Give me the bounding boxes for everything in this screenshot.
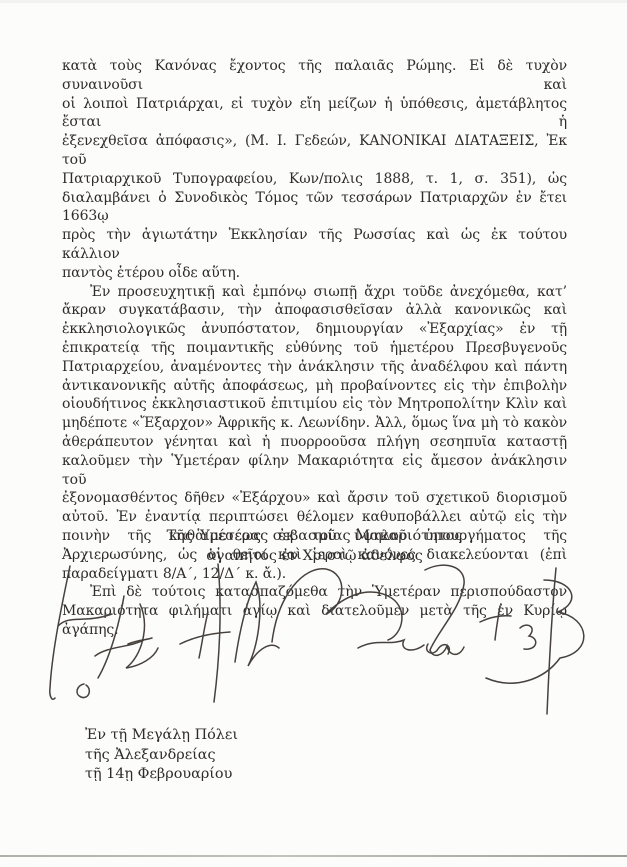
text-line: καλοῦμεν τὴν Ὑμετέραν φίλην Μακαριότητα … bbox=[62, 452, 567, 490]
dateline-line: Ἐν τῇ Μεγάλῃ Πόλει bbox=[85, 726, 238, 746]
text-line: ἐκκλησιολογικῶς ἀνυπόστατον, δημιουργίαν… bbox=[62, 320, 567, 339]
text-line: οἱουδήτινος ἐκκλησιαστικοῦ ἐπιτιμίου εἰς… bbox=[62, 395, 567, 414]
text-line: Πατριαρχικοῦ Τυπογραφείου, Κων/πολις 188… bbox=[62, 170, 567, 189]
paragraph: κατὰ τοὺς Κανόνας ἔχοντος τῆς παλαιᾶς Ρώ… bbox=[62, 57, 567, 283]
handwritten-signature bbox=[28, 556, 600, 718]
text-line: αὐτοῦ. Ἐν ἐναντίᾳ περιπτώσει θέλομεν καθ… bbox=[62, 508, 567, 527]
text-line: ἐξονομασθέντος δῆθεν «Ἐξάρχου» καὶ ἄρσιν… bbox=[62, 489, 567, 508]
text-line: διαλαμβάνει ὁ Συνοδικὸς Τόμος τῶν τεσσάρ… bbox=[62, 189, 567, 227]
dateline-line: τῇ 14ῃ Φεβρουαρίου bbox=[85, 765, 238, 785]
text-line: οἱ λοιποὶ Πατριάρχαι, εἰ τυχὸν εἴη μείζω… bbox=[62, 95, 567, 133]
text-line: ἐξενεχθεῖσα ἀπόφασις», (Μ. Ι. Γεδεών, ΚΑ… bbox=[62, 132, 567, 170]
text-line: μηδέποτε «Ἔξαρχον» Ἀφρικῆς κ. Λεωνίδην. … bbox=[62, 414, 567, 433]
text-line: ἀντικανονικῆς αὐτῆς ἀποφάσεως, μὴ προβαί… bbox=[62, 377, 567, 396]
text-line: ἀθεράπευτον γένηται καὶ ἡ πυορροοῦσα πλή… bbox=[62, 433, 567, 452]
text-line: πρὸς τὴν ἁγιωτάτην Ἐκκλησίαν τῆς Ρωσσίας… bbox=[62, 226, 567, 264]
text-line: Ἐν προσευχητικῇ καὶ ἐμπόνῳ σιωπῇ ἄχρι το… bbox=[62, 283, 567, 302]
text-line: ἐπικρατείᾳ τῆς ποιμαντικῆς εὐθύνης τοῦ ἡ… bbox=[62, 339, 567, 358]
text-line: παντὸς ἑτέρου οἶδε αὕτη. bbox=[62, 264, 567, 283]
closing-line-1: Τῆς Ὑμετέρας σεβασμίας Μακαριότητος bbox=[62, 527, 567, 547]
scanned-letter-page: κατὰ τοὺς Κανόνας ἔχοντος τῆς παλαιᾶς Ρώ… bbox=[0, 0, 627, 867]
text-line: Πατριαρχείου, ἀναμένοντες τὴν ἀνάκλησιν … bbox=[62, 358, 567, 377]
scan-edge-line bbox=[0, 855, 627, 857]
dateline-block: Ἐν τῇ Μεγάλῃ Πόλειτῆς Ἀλεξανδρείαςτῇ 14ῃ… bbox=[85, 726, 238, 785]
text-line: ἄκραν συγκατάβασιν, τὴν ἀποφασισθεῖσαν ἀ… bbox=[62, 301, 567, 320]
dateline-line: τῆς Ἀλεξανδρείας bbox=[85, 746, 238, 766]
text-line: κατὰ τοὺς Κανόνας ἔχοντος τῆς παλαιᾶς Ρώ… bbox=[62, 57, 567, 95]
scan-top-edge bbox=[0, 0, 627, 3]
